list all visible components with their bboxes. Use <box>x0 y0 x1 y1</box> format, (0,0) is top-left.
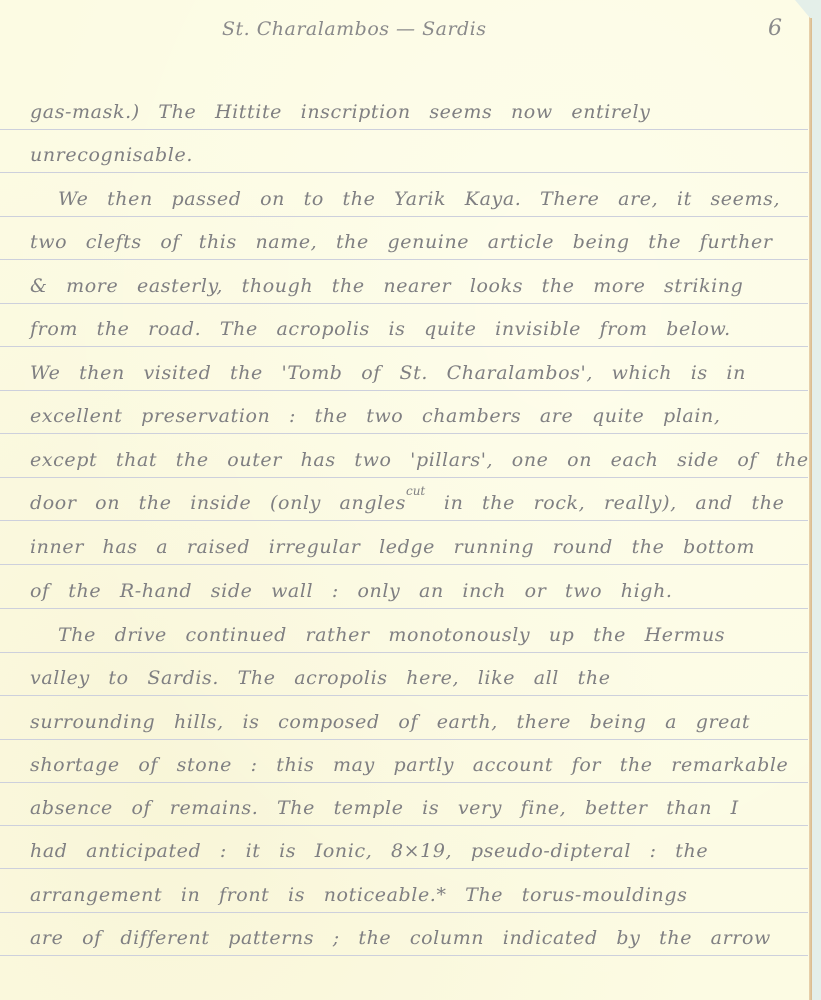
inserted-word: cut <box>406 484 425 498</box>
text-line: shortage of stone : this may partly acco… <box>30 745 800 785</box>
text-line: except that the outer has two 'pillars',… <box>30 440 800 480</box>
handwritten-text: gas-mask.) The Hittite inscription seems… <box>0 0 812 1000</box>
text-line: We then passed on to the Yarik Kaya. The… <box>30 179 800 219</box>
text-line: surrounding hills, is composed of earth,… <box>30 702 800 742</box>
text-line: door on the inside (only anglescut in th… <box>30 483 800 523</box>
text-line: We then visited the 'Tomb of St. Charala… <box>30 353 800 393</box>
text-line: The drive continued rather monotonously … <box>30 615 800 655</box>
text-segment: door on the inside (only angles <box>30 492 406 514</box>
text-line: gas-mask.) The Hittite inscription seems… <box>30 92 800 132</box>
text-line: are of different patterns ; the column i… <box>30 918 800 958</box>
page-edge <box>809 18 812 1000</box>
text-line: of the R-hand side wall : only an inch o… <box>30 571 800 611</box>
text-line: had anticipated : it is Ionic, 8×19, pse… <box>30 831 800 871</box>
text-line: two clefts of this name, the genuine art… <box>30 222 800 262</box>
text-line: inner has a raised irregular ledge runni… <box>30 527 800 567</box>
text-line: unrecognisable. <box>30 135 800 175</box>
text-line: arrangement in front is noticeable.* The… <box>30 875 800 915</box>
text-line: & more easterly, though the nearer looks… <box>30 266 800 306</box>
text-line: absence of remains. The temple is very f… <box>30 788 800 828</box>
text-line: excellent preservation : the two chamber… <box>30 396 800 436</box>
text-line: valley to Sardis. The acropolis here, li… <box>30 658 800 698</box>
notebook-page: St. Charalambos — Sardis 6 gas-mask.) Th… <box>0 0 812 1000</box>
text-segment: in the rock, really), and the <box>425 492 784 514</box>
text-line: from the road. The acropolis is quite in… <box>30 309 800 349</box>
